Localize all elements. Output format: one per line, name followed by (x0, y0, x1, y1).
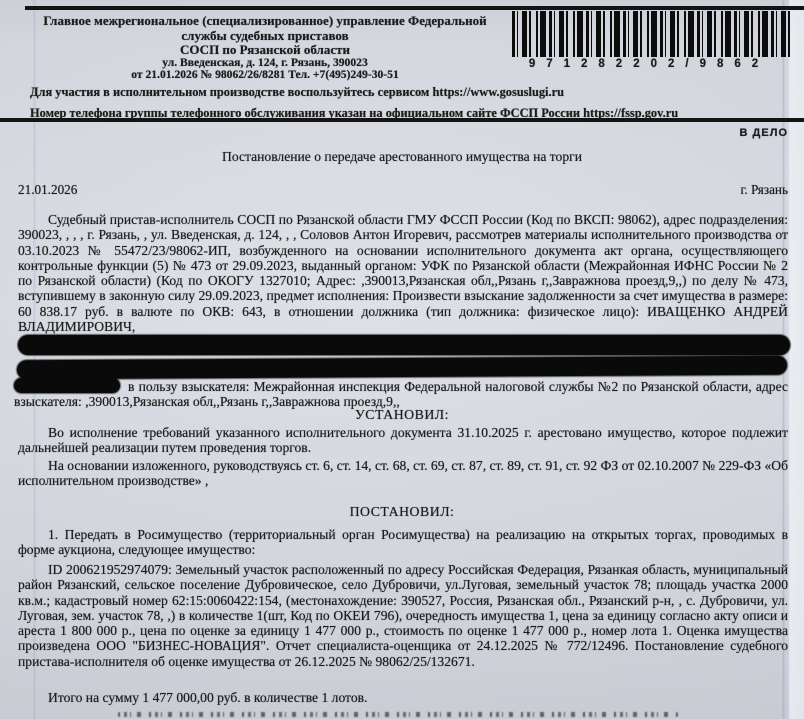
ustanovil-heading: УСТАНОВИЛ: (0, 407, 804, 423)
barcode-icon (512, 11, 790, 57)
document-ref-line: от 21.01.2026 № 98062/26/8281 Тел. +7(49… (28, 69, 502, 82)
header-bottom-rule (0, 118, 804, 122)
gosuslugi-notice: Для участия в исполнительном производств… (30, 85, 564, 100)
document-date: 21.01.2026 (18, 182, 77, 198)
postanovil-heading: ПОСТАНОВИЛ: (0, 504, 804, 520)
barcode-digits: 971282202/9862 (508, 58, 790, 70)
creditor-text: в пользу взыскателя: Межрайонная инспекц… (14, 379, 788, 409)
cutoff-text-line (118, 712, 678, 717)
v-delo-stamp: В ДЕЛО (740, 127, 788, 139)
postanovil-paragraph-1: 1. Передать в Росимущество (территориаль… (18, 527, 788, 558)
total-line: Итого на сумму 1 477 000,00 руб. в колич… (18, 690, 788, 705)
creditor-paragraph: в пользу взыскателя: Межрайонная инспекц… (14, 378, 788, 410)
document-city: г. Рязань (740, 182, 788, 198)
ustanovil-paragraph-1: Во исполнение требований указанного испо… (18, 425, 788, 456)
intro-paragraph: Судебный пристав-исполнитель СОСП по Ряз… (18, 212, 788, 334)
redaction-bar-2 (17, 356, 787, 380)
scanned-document-page: Главное межрегиональное (специализирован… (0, 0, 804, 719)
top-rule (25, 6, 804, 10)
page-title: Постановление о передаче арестованного и… (0, 149, 804, 165)
ustanovil-paragraph-2: На основании изложенного, руководствуясь… (18, 458, 788, 489)
redaction-bar-short (14, 378, 120, 393)
redaction-bar-1 (18, 335, 790, 355)
lot-paragraph: ID 200621952974079: Земельный участок ра… (18, 562, 788, 669)
org-name-line1: Главное межрегиональное (специализирован… (28, 14, 502, 29)
